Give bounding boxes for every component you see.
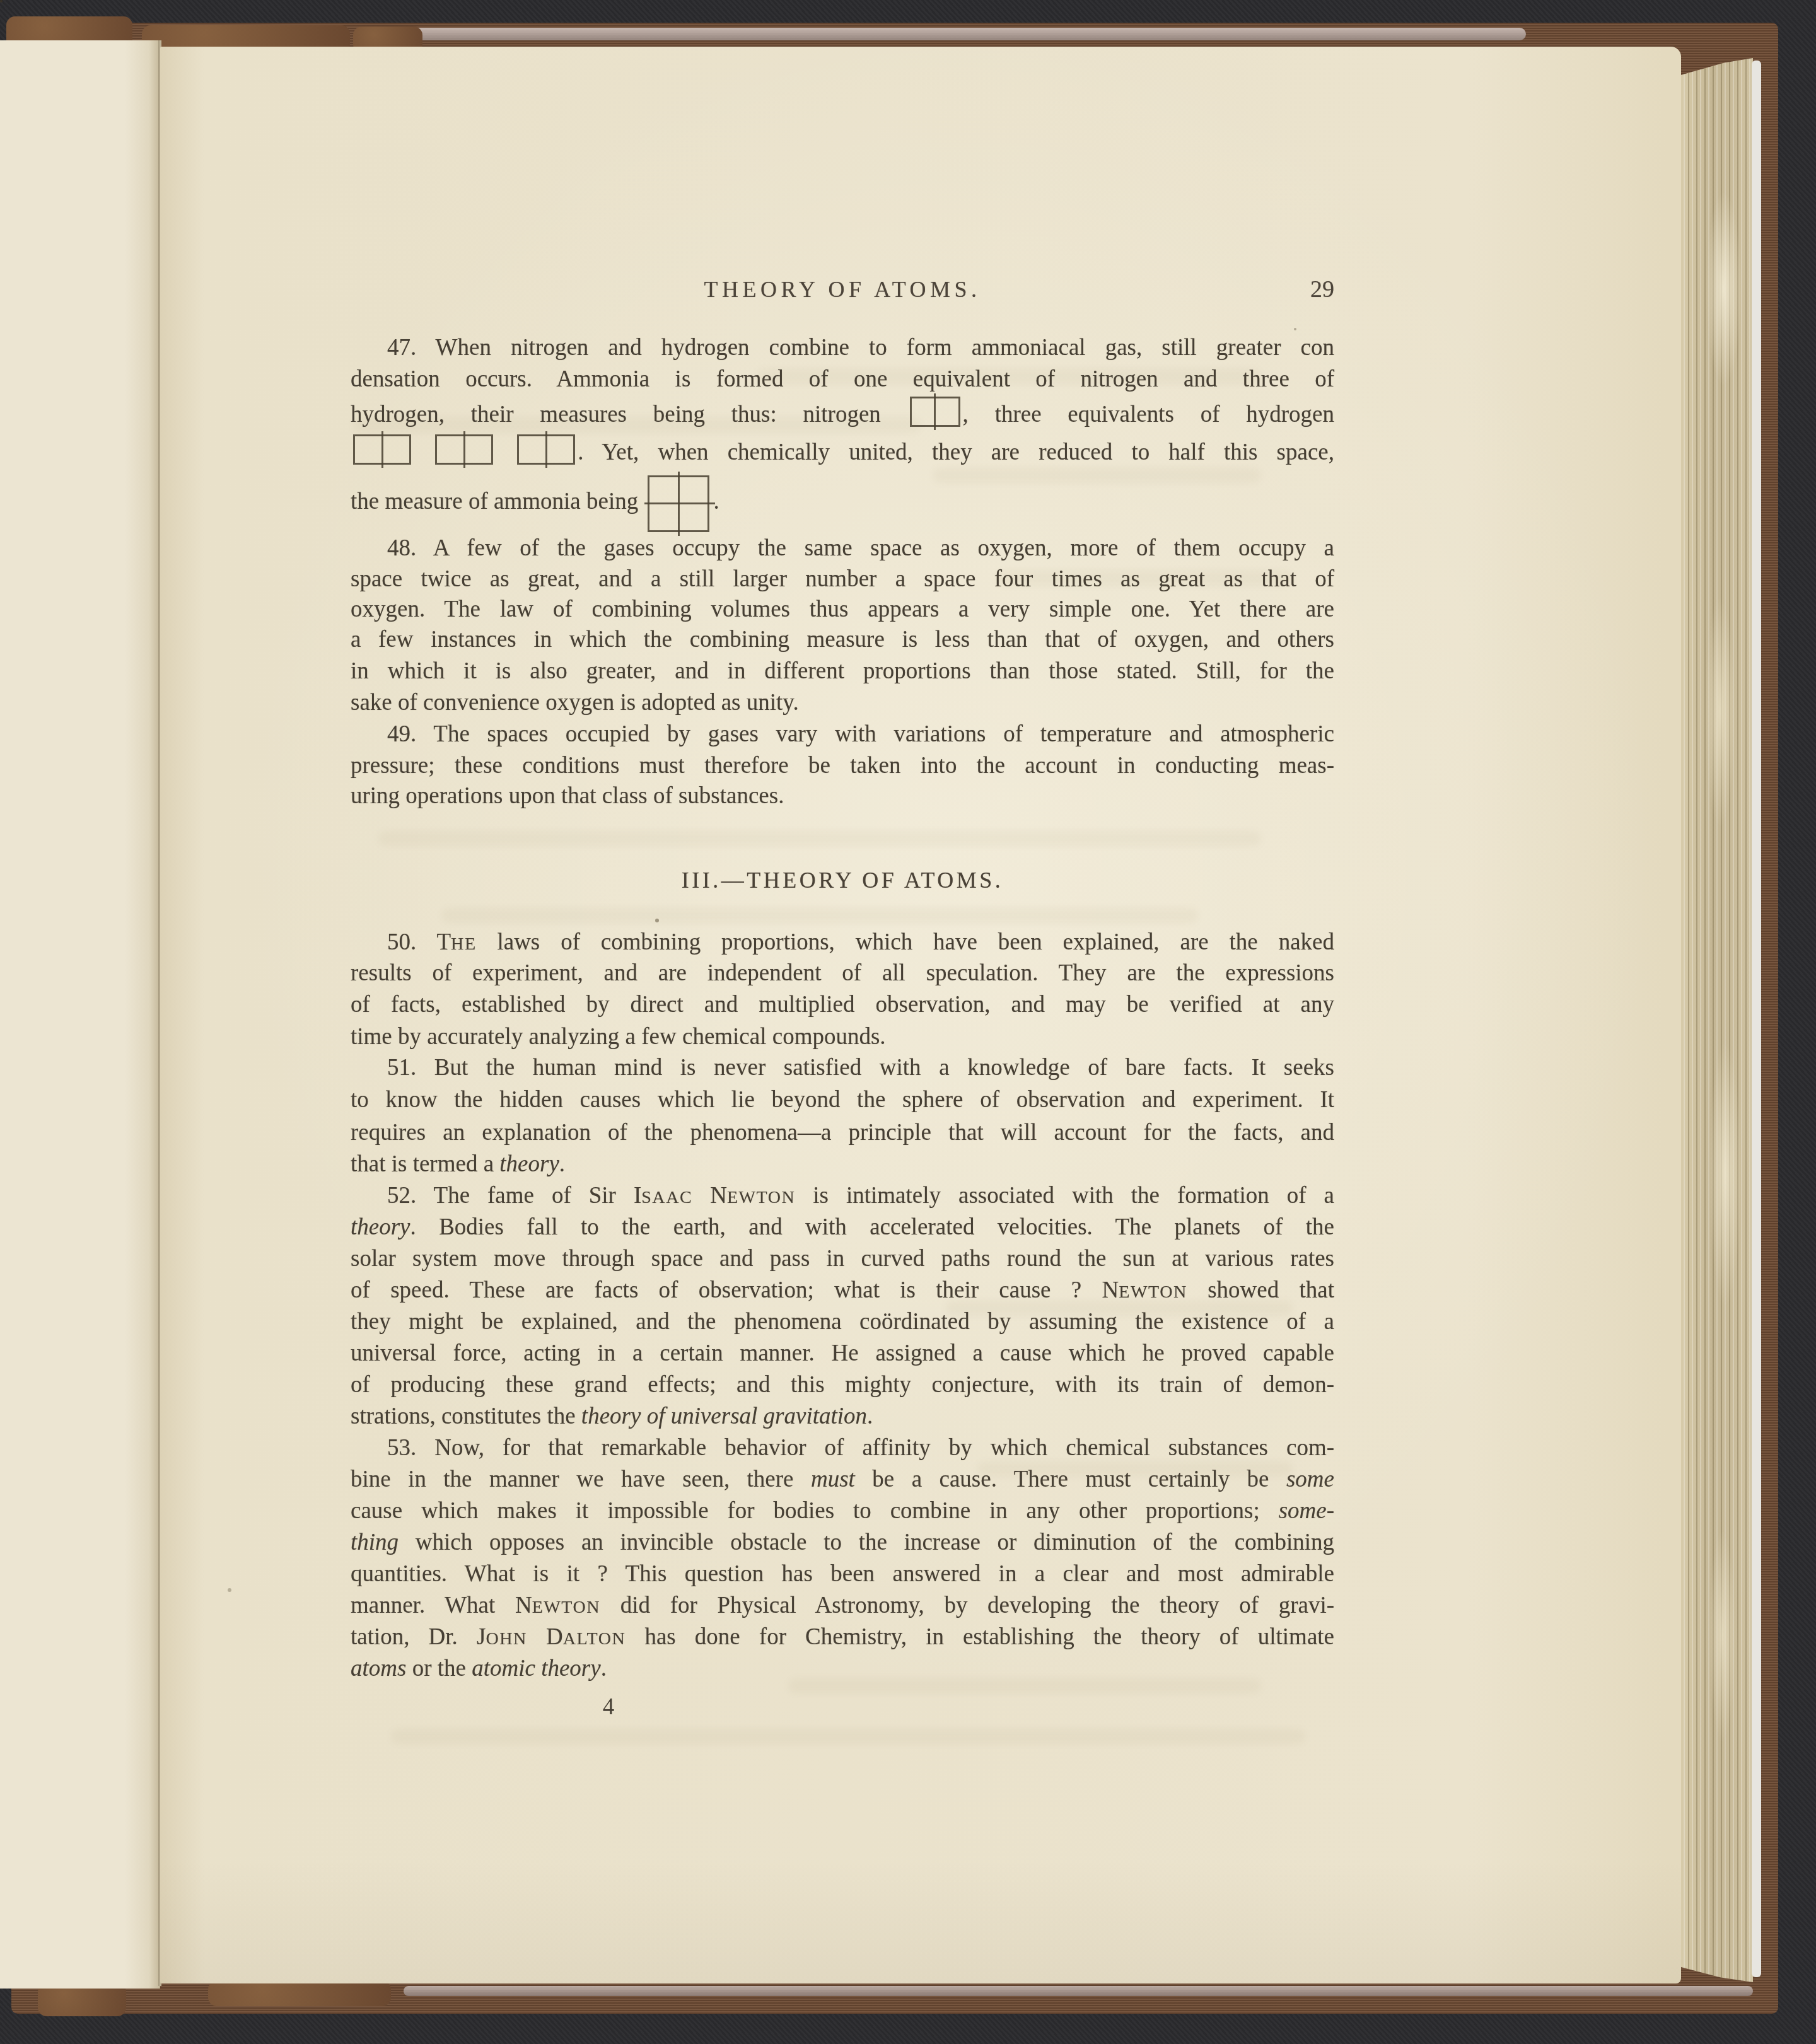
- ammonia-measure-box-4cell: [648, 475, 709, 532]
- paragraph-52-line-7: of producing these grand effects; and th…: [351, 1369, 1334, 1402]
- paragraph-53-line-8: atoms or the atomic theory.: [351, 1652, 1334, 1685]
- page-number: 29: [351, 275, 1334, 304]
- paragraph-52-line-3: solar system move through space and pass…: [351, 1243, 1334, 1275]
- paragraph-53-line-3: cause which makes it impossible for bodi…: [351, 1495, 1334, 1528]
- small-caps-name: ISAAC: [634, 1183, 692, 1209]
- paragraph-50-line-3: of facts, established by direct and mult…: [351, 989, 1334, 1021]
- paragraph-53-line-4: thing which opposes an invincible obstac…: [351, 1526, 1334, 1559]
- cover-piping-top: [404, 28, 1526, 40]
- paragraph-53-line-1: 53. Now, for that remarkable behavior of…: [351, 1432, 1334, 1465]
- small-caps-name: NEWTON: [515, 1593, 600, 1618]
- paragraph-53-line-5: quantities. What is it ? This question h…: [351, 1558, 1334, 1591]
- paragraph-51-line-4: that is termed a theory.: [351, 1148, 1334, 1181]
- paragraph-52-line-5: they might be explained, and the phenome…: [351, 1306, 1334, 1338]
- section-heading: III.—THEORY OF ATOMS.: [351, 865, 1334, 895]
- show-through-smudge: [378, 831, 1261, 846]
- paragraph-52-line-4: of speed. These are facts of observation…: [351, 1274, 1334, 1309]
- paragraph-52-line-8: strations, constitutes the theory of uni…: [351, 1400, 1334, 1433]
- show-through-smudge: [441, 908, 1198, 923]
- paragraph-47-line-3: hydrogen, their measures being thus: nit…: [351, 397, 1334, 431]
- endpaper-edge: [1752, 61, 1761, 1977]
- paragraph-48-line-4: a few instances in which the combining m…: [351, 624, 1334, 656]
- paragraph-50-line-2: results of experiment, and are independe…: [351, 957, 1334, 990]
- paragraph-52-line-1: 52. The fame of Sir ISAAC NEWTON is inti…: [351, 1180, 1334, 1214]
- signature-mark: 4: [580, 1691, 637, 1724]
- small-caps-name: DALTON: [546, 1624, 626, 1650]
- tailband-cloth: [208, 1981, 391, 2006]
- dust-specks: [0, 0, 3, 3]
- gas-measure-box-2cell: [910, 397, 960, 427]
- paragraph-49-line-2: pressure; these conditions must therefor…: [351, 750, 1334, 782]
- show-through-smudge: [391, 1729, 1305, 1744]
- cover-piping-bottom: [404, 1986, 1753, 1996]
- gas-measure-box-2cell: [517, 434, 575, 465]
- paragraph-49-line-1: 49. The spaces occupied by gases vary wi…: [351, 718, 1334, 751]
- paragraph-47-line-5: the measure of ammonia being .: [351, 473, 1334, 532]
- paragraph-48-line-5: in which it is also greater, and in diff…: [351, 655, 1334, 688]
- paragraph-48-line-6: sake of convenience oxygen is adopted as…: [351, 687, 1334, 719]
- small-caps-name: NEWTON: [710, 1183, 795, 1209]
- paragraph-50-line-4: time by accurately analyzing a few chemi…: [351, 1021, 1334, 1054]
- page-shadow: [160, 1860, 1681, 1983]
- paragraph-52-line-2: theory. Bodies fall to the earth, and wi…: [351, 1211, 1334, 1244]
- paragraph-48-line-2: space twice as great, and a still larger…: [351, 563, 1334, 596]
- paragraph-48-line-1: 48. A few of the gases occupy the same s…: [351, 532, 1334, 565]
- paragraph-47-line-1: 47. When nitrogen and hydrogen combine t…: [351, 332, 1334, 364]
- small-caps-name: THE: [436, 929, 476, 955]
- scanned-book-photo: THEORY OF ATOMS. 29 III.—THEORY OF ATOMS…: [0, 0, 1816, 2044]
- paragraph-53-line-2: bine in the manner we have seen, there m…: [351, 1463, 1334, 1496]
- paragraph-53-line-7: tation, Dr. JOHN DALTON has done for Che…: [351, 1621, 1334, 1656]
- paragraph-47-line-2: densation occurs. Ammonia is formed of o…: [351, 363, 1334, 396]
- fore-edge-texture: [1680, 58, 1753, 1982]
- small-caps-name: JOHN: [477, 1624, 527, 1650]
- paragraph-48-line-3: oxygen. The law of combining volumes thu…: [351, 593, 1334, 626]
- paragraph-51-line-3: requires an explanation of the phenomena…: [351, 1117, 1334, 1149]
- paragraph-51-line-2: to know the hidden causes which lie beyo…: [351, 1084, 1334, 1117]
- paragraph-52-line-6: universal force, acting in a certain man…: [351, 1337, 1334, 1370]
- gas-measure-box-2cell: [435, 434, 493, 465]
- paragraph-51-line-1: 51. But the human mind is never satisfie…: [351, 1052, 1334, 1084]
- paragraph-53-line-6: manner. What NEWTON did for Physical Ast…: [351, 1589, 1334, 1624]
- small-caps-name: NEWTON: [1102, 1277, 1187, 1303]
- fore-edge-page-stack: [1680, 58, 1753, 1982]
- facing-page-sliver: [0, 40, 160, 1989]
- paragraph-49-line-3: uring operations upon that class of subs…: [351, 780, 1334, 813]
- paragraph-50-line-1: 50. THE laws of combining proportions, w…: [351, 926, 1334, 961]
- gas-measure-box-2cell: [353, 434, 411, 465]
- paragraph-47-line-4: . Yet, when chemically united, they are …: [351, 434, 1334, 469]
